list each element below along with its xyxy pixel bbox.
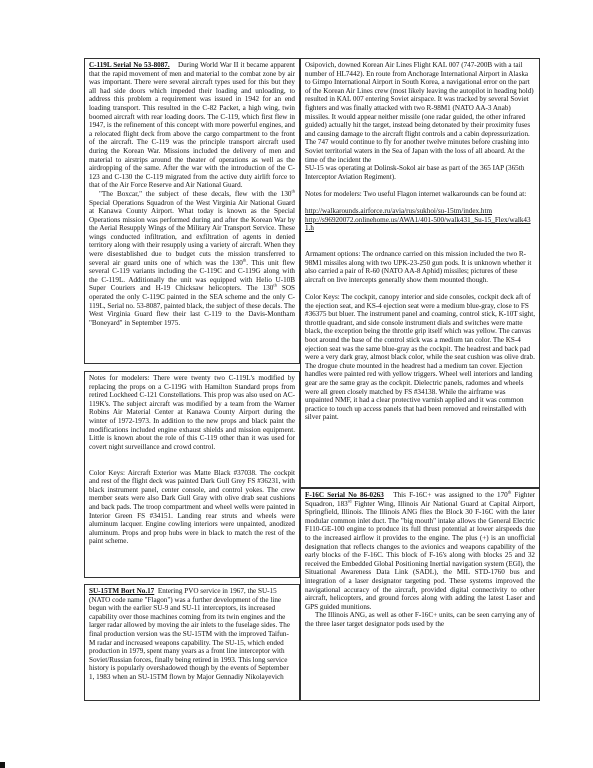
su15-continued-section: Osipovich, downed Korean Air Lines Fligh… bbox=[300, 58, 540, 488]
walkaround-link-2[interactable]: http://s96920072.onlinehome.us/AWA1/401-… bbox=[305, 216, 535, 233]
c119-section: C-119L Serial No 53-8087. During World W… bbox=[84, 58, 300, 364]
f16-title: F-16C Serial No 86-0263 bbox=[305, 491, 384, 499]
su15-armament-options: Armament options: The ordnance carried o… bbox=[305, 250, 535, 284]
text-run: Special Operations Squadron of the West … bbox=[89, 199, 295, 267]
su15-modeler-notes: Notes for modelers: Two useful Flagon in… bbox=[305, 190, 535, 199]
su15-section: SU-15TM Bort No.17 Entering PVO service … bbox=[84, 584, 300, 701]
document-page: C-119L Serial No 53-8087. During World W… bbox=[84, 58, 540, 702]
su15-intro-paragraph: SU-15TM Bort No.17 Entering PVO service … bbox=[89, 587, 295, 682]
c119-boxcar-paragraph: "The Boxcar," the subject of these decal… bbox=[89, 190, 295, 328]
kal007-paragraph: Osipovich, downed Korean Air Lines Fligh… bbox=[305, 61, 535, 164]
text-run: Fighter Wing, Illinois Air National Guar… bbox=[305, 500, 535, 611]
c119-history-text: During World War II it became apparent t… bbox=[89, 61, 295, 189]
text-run: "The Boxcar," the subject of these decal… bbox=[99, 190, 291, 198]
su15-title: SU-15TM Bort No.17 bbox=[89, 587, 154, 595]
su15-base-paragraph: SU-15 was operating at Dolinsk-Sokol air… bbox=[305, 164, 535, 181]
su15-history-text: Entering PVO service in 1967, the SU-15 … bbox=[89, 587, 290, 681]
c119-modeler-notes-section: Notes for modelers: There were twenty tw… bbox=[84, 371, 300, 578]
c119-modeler-notes: Notes for modelers: There were twenty tw… bbox=[89, 374, 295, 451]
c119-intro-paragraph: C-119L Serial No 53-8087. During World W… bbox=[89, 61, 295, 190]
scan-edge-mark bbox=[0, 762, 5, 768]
f16-intro-paragraph: F-16C Serial No 86-0263 This F-16C+ was … bbox=[305, 491, 535, 611]
f16-section: F-16C Serial No 86-0263 This F-16C+ was … bbox=[300, 488, 540, 701]
c119-color-keys: Color Keys: Aircraft Exterior was Matte … bbox=[89, 469, 295, 546]
c119-title: C-119L Serial No 53-8087. bbox=[89, 61, 170, 69]
ordinal-suffix: th bbox=[291, 189, 295, 194]
su15-color-keys: Color Keys: The cockpit, canopy interior… bbox=[305, 293, 535, 422]
walkaround-link-1[interactable]: http://walkarounds.airforce.ru/avia/rus/… bbox=[305, 207, 535, 216]
f16-illinois-paragraph: The Illinois ANG, as well as other F-16C… bbox=[305, 611, 535, 628]
text-run: This F-16C+ was assigned to the 170 bbox=[393, 491, 507, 499]
